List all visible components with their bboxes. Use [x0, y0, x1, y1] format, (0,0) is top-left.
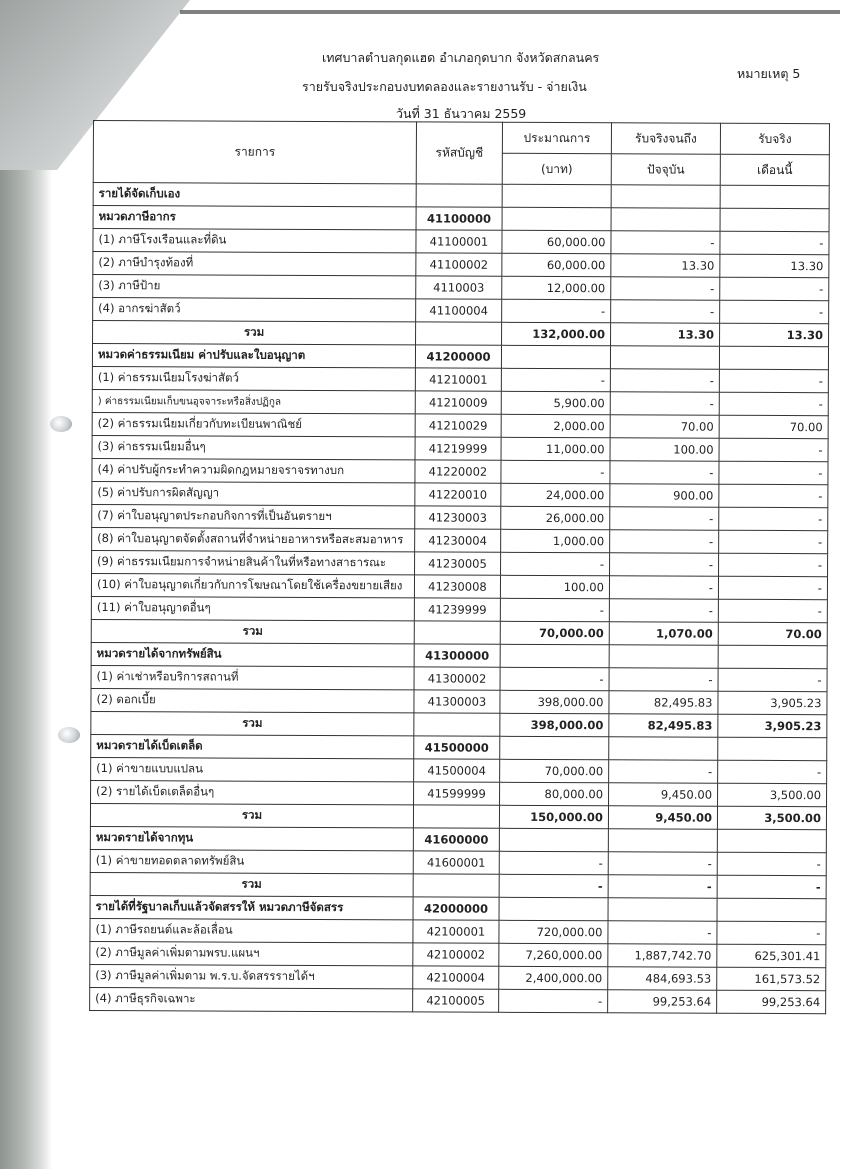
row-estimate: 398,000.00 — [500, 713, 609, 736]
row-code: 42100002 — [413, 943, 499, 966]
total-row: รวม132,000.0013.3013.30 — [93, 321, 829, 347]
row-item: หมวดค่าธรรมเนียม ค่าปรับและใบอนุญาต — [92, 344, 415, 368]
row-estimate: 7,260,000.00 — [499, 943, 608, 966]
row-month — [719, 346, 828, 369]
row-ytd — [609, 737, 718, 760]
row-month: - — [718, 668, 827, 691]
row-code: 41600000 — [413, 828, 499, 851]
row-code: 4110003 — [416, 276, 502, 299]
col-header-ytd-sub: ปัจจุบัน — [611, 154, 720, 185]
row-item: หมวดรายได้จากทรัพย์สิน — [91, 642, 414, 666]
table-row: (2) ภาษีบำรุงท้องที่4110000260,000.0013.… — [93, 252, 829, 278]
table-row: (1) ภาษีโรงเรือนและที่ดิน4110000160,000.… — [93, 229, 829, 255]
row-item: (1) ค่าขายแบบแปลน — [91, 757, 414, 781]
row-estimate: 80,000.00 — [500, 782, 609, 805]
table-row: (3) ค่าธรรมเนียมอื่นๆ4121999911,000.0010… — [92, 435, 828, 461]
row-estimate: 100.00 — [500, 575, 609, 598]
note-label: หมายเหตุ 5 — [737, 64, 800, 84]
row-estimate: - — [500, 598, 609, 621]
row-month: - — [717, 875, 826, 898]
col-header-estimate-unit: (บาท) — [502, 153, 611, 184]
row-code: 41599999 — [414, 782, 500, 805]
row-item: (10) ค่าใบอนุญาตเกี่ยวกับการโฆษณาโดยใช้เ… — [91, 573, 414, 597]
category-row: รายได้ที่รัฐบาลเก็บแล้วจัดสรรให้ หมวดภาษ… — [90, 895, 826, 921]
row-month: - — [718, 599, 827, 622]
row-item: (5) ค่าปรับการผิดสัญญา — [92, 481, 415, 505]
category-row: หมวดค่าธรรมเนียม ค่าปรับและใบอนุญาต41200… — [92, 344, 828, 370]
table-row: (8) ค่าใบอนุญาตจัดตั้งสถานที่จำหน่ายอาหา… — [92, 527, 828, 553]
col-header-estimate: ประมาณการ — [502, 122, 611, 153]
table-row: (1) ค่าขายแบบแปลน4150000470,000.00-- — [91, 757, 827, 783]
row-ytd: - — [611, 300, 720, 323]
row-estimate: 70,000.00 — [500, 759, 609, 782]
row-item: (7) ค่าใบอนุญาตประกอบกิจการที่เป็นอันตรา… — [92, 504, 415, 528]
row-estimate — [501, 345, 610, 368]
row-estimate: 70,000.00 — [500, 621, 609, 644]
row-month: 99,253.64 — [717, 990, 826, 1013]
row-ytd: - — [609, 576, 718, 599]
row-month: - — [719, 530, 828, 553]
row-item: (1) ค่าขายทอดตลาดทรัพย์สิน — [90, 849, 413, 873]
row-month: - — [720, 277, 829, 300]
row-item: (4) ภาษีธุรกิจเฉพาะ — [90, 987, 413, 1011]
col-header-month: รับจริง — [720, 123, 829, 154]
row-code: 41100001 — [416, 230, 502, 253]
total-row: รวม150,000.009,450.003,500.00 — [90, 803, 826, 829]
row-ytd: - — [610, 530, 719, 553]
row-estimate: 12,000.00 — [502, 276, 611, 299]
row-estimate: 398,000.00 — [500, 690, 609, 713]
row-estimate — [499, 828, 608, 851]
row-estimate — [500, 644, 609, 667]
row-estimate: 150,000.00 — [499, 805, 608, 828]
row-item: ) ค่าธรรมเนียมเก็บขนอุจจาระหรือสิ่งปฏิกู… — [92, 389, 415, 413]
row-code — [416, 322, 502, 345]
row-month: 3,500.00 — [717, 806, 826, 829]
row-month: - — [719, 484, 828, 507]
row-estimate: 2,000.00 — [501, 414, 610, 437]
row-month — [717, 829, 826, 852]
row-item: (4) อากรฆ่าสัตว์ — [93, 298, 416, 322]
col-header-code: รหัสบัญชี — [416, 122, 502, 184]
category-row: หมวดรายได้จากทุน41600000 — [90, 826, 826, 852]
row-code: 41600001 — [413, 851, 499, 874]
row-item: (2) ค่าธรรมเนียมเกี่ยวกับทะเบียนพาณิชย์ — [92, 412, 415, 436]
row-month — [720, 185, 829, 208]
row-code — [414, 713, 500, 736]
row-code: 41200000 — [415, 345, 501, 368]
row-ytd: - — [608, 921, 717, 944]
row-item: (1) ภาษีโรงเรือนและที่ดิน — [93, 229, 416, 253]
table-row: (1) ค่าเช่าหรือบริการสถานที่41300002--- — [91, 665, 827, 691]
row-code: 41230008 — [414, 575, 500, 598]
row-ytd — [611, 185, 720, 208]
row-ytd: - — [610, 507, 719, 530]
row-ytd: 100.00 — [610, 438, 719, 461]
row-item: รวม — [91, 619, 414, 643]
table-row: (1) ค่าขายทอดตลาดทรัพย์สิน41600001--- — [90, 849, 826, 875]
punch-hole-icon — [50, 416, 72, 432]
row-code: 41500000 — [414, 736, 500, 759]
row-ytd: - — [610, 369, 719, 392]
row-ytd: 9,450.00 — [609, 783, 718, 806]
row-month: - — [719, 369, 828, 392]
row-ytd — [609, 645, 718, 668]
row-month: 70.00 — [718, 622, 827, 645]
revenue-table: รายการ รหัสบัญชี ประมาณการ รับจริงจนถึง … — [89, 120, 830, 1014]
row-ytd — [608, 829, 717, 852]
category-row: หมวดรายได้เบ็ดเตล็ด41500000 — [91, 734, 827, 760]
scan-top-edge — [180, 10, 840, 14]
total-row: รวม398,000.0082,495.833,905.23 — [91, 711, 827, 737]
row-month: 161,573.52 — [717, 967, 826, 990]
row-item: (1) ภาษีรถยนต์และล้อเลื่อน — [90, 918, 413, 942]
row-item: (9) ค่าธรรมเนียมการจำหน่ายสินค้าในที่หรื… — [92, 550, 415, 574]
table-row: (9) ค่าธรรมเนียมการจำหน่ายสินค้าในที่หรื… — [92, 550, 828, 576]
row-ytd: - — [610, 461, 719, 484]
row-ytd: 9,450.00 — [608, 806, 717, 829]
table-row: (1) ค่าธรรมเนียมโรงฆ่าสัตว์41210001--- — [92, 366, 828, 392]
table-row: (2) ดอกเบี้ย41300003398,000.0082,495.833… — [91, 688, 827, 714]
row-estimate — [499, 897, 608, 920]
row-code: 41100000 — [416, 207, 502, 230]
table-row: (3) ภาษีมูลค่าเพิ่มตาม พ.ร.บ.จัดสรรรายได… — [90, 964, 826, 990]
row-item: (4) ค่าปรับผู้กระทำความผิดกฎหมายจราจรทาง… — [92, 458, 415, 482]
table-row: (3) ภาษีป้าย411000312,000.00-- — [93, 275, 829, 301]
row-ytd: 82,495.83 — [609, 691, 718, 714]
row-estimate: - — [499, 851, 608, 874]
row-estimate: 720,000.00 — [499, 920, 608, 943]
row-month: - — [720, 231, 829, 254]
row-month: - — [718, 760, 827, 783]
row-item: (3) ภาษีป้าย — [93, 275, 416, 299]
row-ytd: 1,070.00 — [609, 622, 718, 645]
row-estimate: - — [501, 552, 610, 575]
row-month — [718, 645, 827, 668]
row-ytd: - — [609, 599, 718, 622]
total-row: รวม70,000.001,070.0070.00 — [91, 619, 827, 645]
row-estimate: 24,000.00 — [501, 483, 610, 506]
row-code: 41300002 — [414, 667, 500, 690]
row-code: 42100001 — [413, 920, 499, 943]
row-item: (2) ดอกเบี้ย — [91, 688, 414, 712]
row-month — [717, 898, 826, 921]
row-month: - — [719, 392, 828, 415]
row-item: รายได้จัดเก็บเอง — [93, 183, 416, 207]
row-item: (1) ค่าธรรมเนียมโรงฆ่าสัตว์ — [92, 366, 415, 390]
scan-left-shadow — [0, 0, 52, 1169]
row-ytd: - — [610, 553, 719, 576]
row-item: หมวดรายได้เบ็ดเตล็ด — [91, 734, 414, 758]
row-item: (3) ภาษีมูลค่าเพิ่มตาม พ.ร.บ.จัดสรรรายได… — [90, 964, 413, 988]
row-code — [416, 184, 502, 207]
table-row: (11) ค่าใบอนุญาตอื่นๆ41239999--- — [91, 596, 827, 622]
row-month: - — [719, 553, 828, 576]
row-code: 41230005 — [415, 552, 501, 575]
row-code: 42100005 — [413, 989, 499, 1012]
row-estimate: - — [500, 667, 609, 690]
row-ytd: - — [609, 668, 718, 691]
row-estimate: 60,000.00 — [502, 253, 611, 276]
row-ytd: - — [611, 277, 720, 300]
row-estimate: 60,000.00 — [502, 230, 611, 253]
row-month: - — [717, 852, 826, 875]
row-code — [413, 805, 499, 828]
row-ytd: 99,253.64 — [608, 990, 717, 1013]
row-ytd: - — [609, 760, 718, 783]
col-header-month-sub: เดือนนี้ — [720, 154, 829, 185]
row-ytd: 82,495.83 — [609, 714, 718, 737]
row-code: 41239999 — [414, 598, 500, 621]
row-code: 41219999 — [415, 437, 501, 460]
row-ytd — [610, 346, 719, 369]
row-code: 41230004 — [415, 529, 501, 552]
row-estimate — [500, 736, 609, 759]
row-month: - — [719, 438, 828, 461]
row-estimate: 26,000.00 — [501, 506, 610, 529]
row-item: (2) ภาษีมูลค่าเพิ่มตามพรบ.แผนฯ — [90, 941, 413, 965]
category-row: หมวดภาษีอากร41100000 — [93, 206, 829, 232]
col-header-item: รายการ — [93, 121, 416, 184]
row-estimate: - — [499, 874, 608, 897]
row-ytd — [611, 208, 720, 231]
row-code: 41210009 — [415, 391, 501, 414]
row-estimate: - — [499, 989, 608, 1012]
row-month: - — [720, 300, 829, 323]
row-ytd: 13.30 — [611, 254, 720, 277]
table-row: (10) ค่าใบอนุญาตเกี่ยวกับการโฆษณาโดยใช้เ… — [91, 573, 827, 599]
row-code: 41210001 — [415, 368, 501, 391]
category-row: หมวดรายได้จากทรัพย์สิน41300000 — [91, 642, 827, 668]
row-item: (2) ภาษีบำรุงท้องที่ — [93, 252, 416, 276]
row-item: (2) รายได้เบ็ดเตล็ดอื่นๆ — [91, 780, 414, 804]
row-estimate: 11,000.00 — [501, 437, 610, 460]
row-code: 42100004 — [413, 966, 499, 989]
row-ytd: - — [610, 392, 719, 415]
row-month: - — [719, 461, 828, 484]
punch-hole-icon — [58, 727, 80, 743]
report-title: รายรับจริงประกอบงบทดลองและรายงานรับ - จ่… — [302, 77, 587, 97]
row-ytd: - — [608, 852, 717, 875]
row-code: 41300003 — [414, 690, 500, 713]
row-item: (1) ค่าเช่าหรือบริการสถานที่ — [91, 665, 414, 689]
table-row: (4) ค่าปรับผู้กระทำความผิดกฎหมายจราจรทาง… — [92, 458, 828, 484]
row-item: (3) ค่าธรรมเนียมอื่นๆ — [92, 435, 415, 459]
row-ytd: 70.00 — [610, 415, 719, 438]
row-item: (8) ค่าใบอนุญาตจัดตั้งสถานที่จำหน่ายอาหา… — [92, 527, 415, 551]
row-estimate: - — [501, 460, 610, 483]
table-row: (2) รายได้เบ็ดเตล็ดอื่นๆ4159999980,000.0… — [91, 780, 827, 806]
row-ytd — [608, 898, 717, 921]
row-item: (11) ค่าใบอนุญาตอื่นๆ — [91, 596, 414, 620]
row-month: - — [718, 576, 827, 599]
table-row: (5) ค่าปรับการผิดสัญญา4122001024,000.009… — [92, 481, 828, 507]
row-ytd: 900.00 — [610, 484, 719, 507]
row-code: 42000000 — [413, 897, 499, 920]
row-estimate: 5,900.00 — [501, 391, 610, 414]
row-estimate: - — [502, 299, 611, 322]
row-ytd: 13.30 — [611, 323, 720, 346]
row-estimate — [502, 184, 611, 207]
row-item: หมวดภาษีอากร — [93, 206, 416, 230]
row-estimate: - — [501, 368, 610, 391]
row-code: 41100004 — [416, 299, 502, 322]
row-code: 41300000 — [414, 644, 500, 667]
row-item: รายได้ที่รัฐบาลเก็บแล้วจัดสรรให้ หมวดภาษ… — [90, 895, 413, 919]
row-estimate: 132,000.00 — [502, 322, 611, 345]
row-code — [414, 621, 500, 644]
row-month: 3,905.23 — [718, 714, 827, 737]
org-name: เทศบาลตำบลกุดแฮด อำเภอกุดบาก จังหวัดสกลน… — [322, 48, 599, 68]
row-code: 41230003 — [415, 506, 501, 529]
table-row: (4) ภาษีธุรกิจเฉพาะ42100005-99,253.6499,… — [90, 987, 826, 1013]
row-month — [718, 737, 827, 760]
table-row: (7) ค่าใบอนุญาตประกอบกิจการที่เป็นอันตรา… — [92, 504, 828, 530]
row-item: รวม — [90, 872, 413, 896]
row-item: หมวดรายได้จากทุน — [90, 826, 413, 850]
table-row: (2) ภาษีมูลค่าเพิ่มตามพรบ.แผนฯ421000027,… — [90, 941, 826, 967]
row-code: 41220002 — [415, 460, 501, 483]
total-row: รวม--- — [90, 872, 826, 898]
row-estimate — [502, 207, 611, 230]
row-month — [720, 208, 829, 231]
row-month: 625,301.41 — [717, 944, 826, 967]
row-month: - — [717, 921, 826, 944]
row-code: 41100002 — [416, 253, 502, 276]
row-month: 13.30 — [720, 254, 829, 277]
row-code: 41220010 — [415, 483, 501, 506]
row-code — [413, 874, 499, 897]
row-ytd: - — [611, 231, 720, 254]
table-row: (4) อากรฆ่าสัตว์41100004--- — [93, 298, 829, 324]
row-month: - — [719, 507, 828, 530]
col-header-ytd: รับจริงจนถึง — [611, 123, 720, 154]
row-ytd: 1,887,742.70 — [608, 944, 717, 967]
row-item: รวม — [93, 321, 416, 345]
row-item: รวม — [91, 711, 414, 735]
row-item: รวม — [90, 803, 413, 827]
table-row: (2) ค่าธรรมเนียมเกี่ยวกับทะเบียนพาณิชย์4… — [92, 412, 828, 438]
row-estimate: 2,400,000.00 — [499, 966, 608, 989]
table-row: (1) ภาษีรถยนต์และล้อเลื่อน42100001720,00… — [90, 918, 826, 944]
row-code: 41500004 — [414, 759, 500, 782]
row-month: 70.00 — [719, 415, 828, 438]
row-month: 3,905.23 — [718, 691, 827, 714]
row-month: 13.30 — [720, 323, 829, 346]
row-month: 3,500.00 — [718, 783, 827, 806]
table-row: ) ค่าธรรมเนียมเก็บขนอุจจาระหรือสิ่งปฏิกู… — [92, 389, 828, 415]
row-code: 41210029 — [415, 414, 501, 437]
row-ytd: 484,693.53 — [608, 967, 717, 990]
section-row: รายได้จัดเก็บเอง — [93, 183, 829, 209]
row-ytd: - — [608, 875, 717, 898]
row-estimate: 1,000.00 — [501, 529, 610, 552]
